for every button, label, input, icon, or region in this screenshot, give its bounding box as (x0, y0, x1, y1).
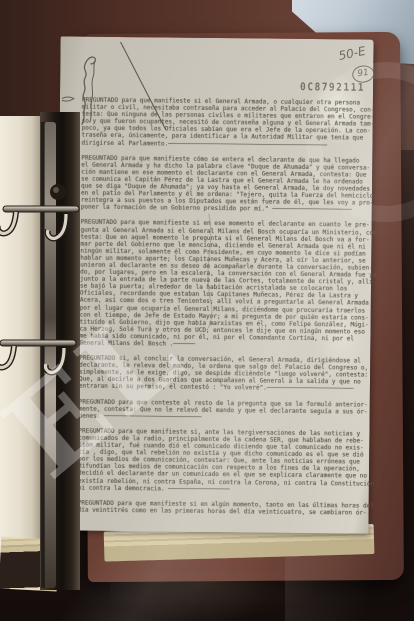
ring-bar (3, 206, 79, 212)
typewritten-line: entraran sin su permiso, él contestó : "… (79, 383, 367, 393)
binder-rings (0, 100, 95, 600)
paragraph: PREGUNTADO para que manifieste si en ese… (79, 219, 368, 350)
photo-of-document: 50-E 91 0C8792111 PREGUNTADO para que ma… (0, 0, 414, 621)
typewritten-line: poner la formación de un Gobierno presid… (81, 204, 369, 214)
paragraph: PREGUNTADO si, al concluir la conversaci… (79, 355, 367, 393)
ring-bar (0, 340, 76, 346)
binder-knob-highlight (53, 187, 59, 193)
paragraph: PREGUNTADO para que manifieste si en alg… (78, 499, 366, 516)
table-reflection (285, 556, 414, 621)
paragraph: PREGUNTADO para que manifieste si, ante … (78, 427, 367, 494)
binder-spine-shadow (41, 122, 45, 588)
paragraph: PREGUNTADO para que manifieste cómo se e… (81, 154, 370, 214)
paragraph: PREGUNTADO para que conteste al resto de… (79, 398, 367, 422)
paragraph: PREGUNTADO para que manifieste si el Gen… (81, 97, 370, 150)
typewritten-text: PREGUNTADO para que manifieste si el Gen… (78, 97, 370, 525)
document-page: 50-E 91 0C8792111 PREGUNTADO para que ma… (55, 36, 373, 533)
